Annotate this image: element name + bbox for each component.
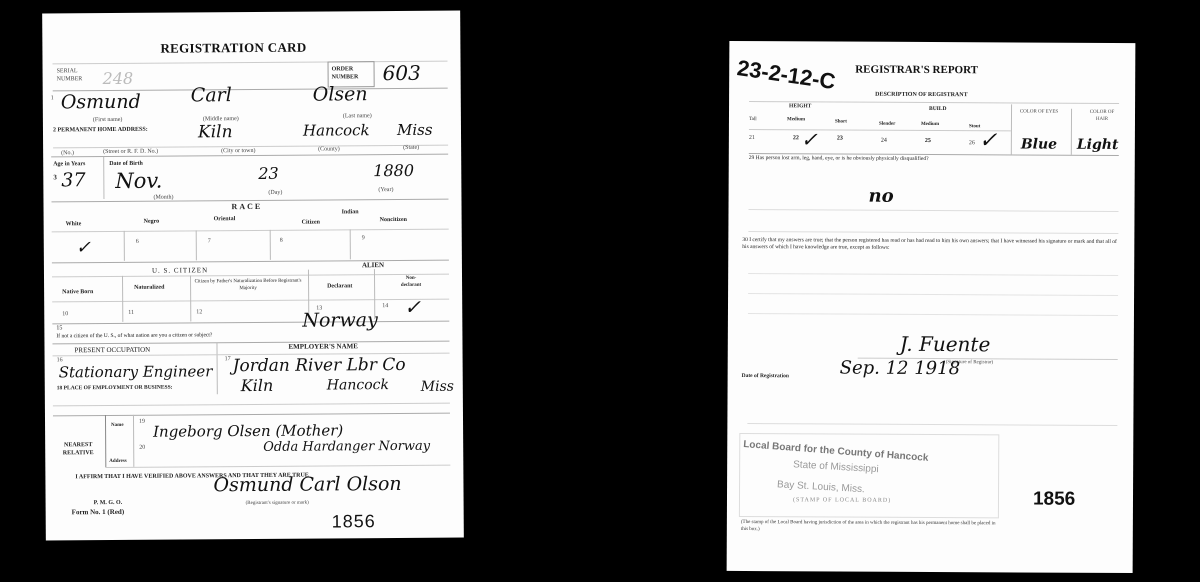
address-county-caption: (County) xyxy=(318,146,340,152)
address-street-caption: (Street or R. F. D. No.) xyxy=(103,149,158,155)
relative-address-num: 20 xyxy=(139,445,145,451)
place-state: Miss xyxy=(421,379,454,395)
file-code: 23-2-12-C xyxy=(735,55,837,95)
serial-value: 248 xyxy=(103,69,134,88)
form-label-pmgo: P. M. G. O. xyxy=(94,500,123,506)
height-medium-checkmark: ✓ xyxy=(801,127,818,151)
order-label: ORDER NUMBER xyxy=(332,65,370,81)
col-num-23: 23 xyxy=(837,136,843,142)
nearest-relative-label: NEAREST RELATIVE xyxy=(59,441,97,457)
registrars-report-card: 23-2-12-C REGISTRAR'S REPORT DESCRIPTION… xyxy=(727,41,1136,573)
race-negro-label: Negro xyxy=(144,219,160,225)
dob-year-caption: (Year) xyxy=(378,187,393,193)
relative-address-value: Odda Hardanger Norway xyxy=(263,439,430,455)
col-slender: Slender xyxy=(879,122,895,127)
col-medium-height: Medium xyxy=(787,117,805,122)
dob-day-caption: (Day) xyxy=(268,190,282,196)
dob-day: 23 xyxy=(258,164,278,183)
place-county: Hancock xyxy=(327,377,389,393)
report-subtitle: DESCRIPTION OF REGISTRANT xyxy=(875,92,967,98)
race-indian-label: Indian xyxy=(342,209,359,215)
naturalized-label: Naturalized xyxy=(134,285,164,291)
alien-label: ALIEN xyxy=(362,261,384,269)
middle-name: Carl xyxy=(191,84,232,106)
report-title: REGISTRAR'S REPORT xyxy=(855,64,978,77)
col-num-24: 24 xyxy=(881,138,887,144)
col-num-21: 21 xyxy=(749,135,755,141)
age-value: 37 xyxy=(61,169,85,191)
place-of-employment-label: 18 PLACE OF EMPLOYMENT OR BUSINESS: xyxy=(57,385,173,392)
citizen-num-11: 11 xyxy=(128,310,134,316)
stamp-number: 1856 xyxy=(332,511,376,532)
non-declarant-checkmark: ✓ xyxy=(404,295,421,319)
age-label: Age in Years xyxy=(53,161,85,167)
address-label: 2 PERMANENT HOME ADDRESS: xyxy=(53,127,148,134)
citizen-num-14: 14 xyxy=(382,303,388,309)
race-num-7: 7 xyxy=(208,238,211,244)
employer-value: Jordan River Lbr Co xyxy=(233,355,406,376)
address-city-caption: (City or town) xyxy=(221,148,255,154)
height-label: HEIGHT xyxy=(789,103,811,109)
relative-name-num: 19 xyxy=(139,419,145,425)
race-oriental-label: Oriental xyxy=(214,216,236,222)
relative-address-label: Address xyxy=(109,459,126,464)
col-short: Short xyxy=(835,119,847,124)
occupation-label: PRESENT OCCUPATION xyxy=(74,346,150,355)
form-label-number: Form No. 1 (Red) xyxy=(72,508,125,516)
relative-name-value: Ingeborg Olsen (Mother) xyxy=(153,421,343,440)
declarant-label: Declarant xyxy=(327,283,352,289)
relative-name-label: Name xyxy=(111,423,124,428)
race-noncitizen-label: Noncitizen xyxy=(380,217,407,223)
hair-color-value: Light xyxy=(1077,137,1119,153)
build-stout-checkmark: ✓ xyxy=(979,128,998,153)
address-city: Kiln xyxy=(198,122,233,142)
race-label: RACE xyxy=(231,202,262,211)
col-medium-build: Medium xyxy=(921,122,939,127)
native-born-label: Native Born xyxy=(62,289,93,295)
col-num-25: 25 xyxy=(925,138,931,144)
dob-month: Nov. xyxy=(115,169,162,193)
employer-num: 17 xyxy=(225,356,231,362)
q15-label: If not a citizen of the U. S., of what n… xyxy=(56,332,212,339)
col-num-22: 22 xyxy=(793,135,799,141)
q29-label: 29 Has person lost arm, leg, hand, eye, … xyxy=(749,155,1119,164)
registrant-signature: Osmund Carl Olson xyxy=(213,473,401,496)
color-eyes-label: COLOR OF EYES xyxy=(1019,108,1059,115)
citizen-num-12: 12 xyxy=(196,309,202,315)
race-white-checkmark: ✓ xyxy=(76,237,91,258)
build-label: BUILD xyxy=(929,106,946,112)
dob-year: 1880 xyxy=(373,161,414,180)
stamp-number: 1856 xyxy=(1033,489,1075,511)
address-state-caption: (State) xyxy=(403,145,419,151)
stamp-note: (The stamp of the Local Board having jur… xyxy=(741,519,1001,534)
non-declarant-label: Non-declarant xyxy=(396,275,426,289)
employer-label: EMPLOYER'S NAME xyxy=(288,342,357,350)
race-num-9: 9 xyxy=(362,235,365,241)
stamp-line-4: (STAMP OF LOCAL BOARD) xyxy=(793,497,891,504)
q1-num: 1 xyxy=(51,95,54,101)
age-num: 3 xyxy=(53,173,57,181)
citizen-by-father-label: Citizen by Father's Naturalization Befor… xyxy=(194,278,302,293)
occupation-value: Stationary Engineer xyxy=(59,362,213,381)
col-tall: Tall xyxy=(749,117,757,122)
q29-answer: no xyxy=(869,186,894,207)
registration-card: REGISTRATION CARD SERIAL NUMBER 248 ORDE… xyxy=(42,11,464,541)
q15-num: 15 xyxy=(56,325,62,331)
registration-date: Sep. 12 1918 xyxy=(840,358,960,380)
q30-label: 30 I certify that my answers are true; t… xyxy=(742,237,1122,253)
order-value: 603 xyxy=(383,61,421,85)
race-num-8: 8 xyxy=(280,238,283,244)
first-name: Osmund xyxy=(61,91,141,114)
last-name-caption: (Last name) xyxy=(343,113,372,119)
first-name-caption: (First name) xyxy=(93,117,123,123)
race-citizen-label: Citizen xyxy=(302,220,320,226)
last-name: Olsen xyxy=(313,83,368,105)
eyes-color-value: Blue xyxy=(1021,136,1057,152)
race-white-label: White xyxy=(66,221,82,227)
place-city: Kiln xyxy=(241,376,274,395)
date-label: Date of Registration xyxy=(742,373,789,379)
race-num-6: 6 xyxy=(136,239,139,245)
card-title: REGISTRATION CARD xyxy=(160,40,306,57)
signature-caption: (Registrant's signature or mark) xyxy=(246,501,309,506)
dob-label: Date of Birth xyxy=(109,161,143,167)
nation-value: Norway xyxy=(302,309,378,332)
serial-label: SERIAL NUMBER xyxy=(57,67,97,83)
col-num-26: 26 xyxy=(969,140,975,146)
us-citizen-label: U. S. CITIZEN xyxy=(152,266,208,274)
registrar-signature: J. Fuente xyxy=(900,332,991,356)
color-hair-label: COLOR OF HAIR xyxy=(1085,109,1119,123)
citizen-num-10: 10 xyxy=(62,311,68,317)
address-state: Miss xyxy=(397,121,433,139)
address-county: Hancock xyxy=(303,121,370,139)
